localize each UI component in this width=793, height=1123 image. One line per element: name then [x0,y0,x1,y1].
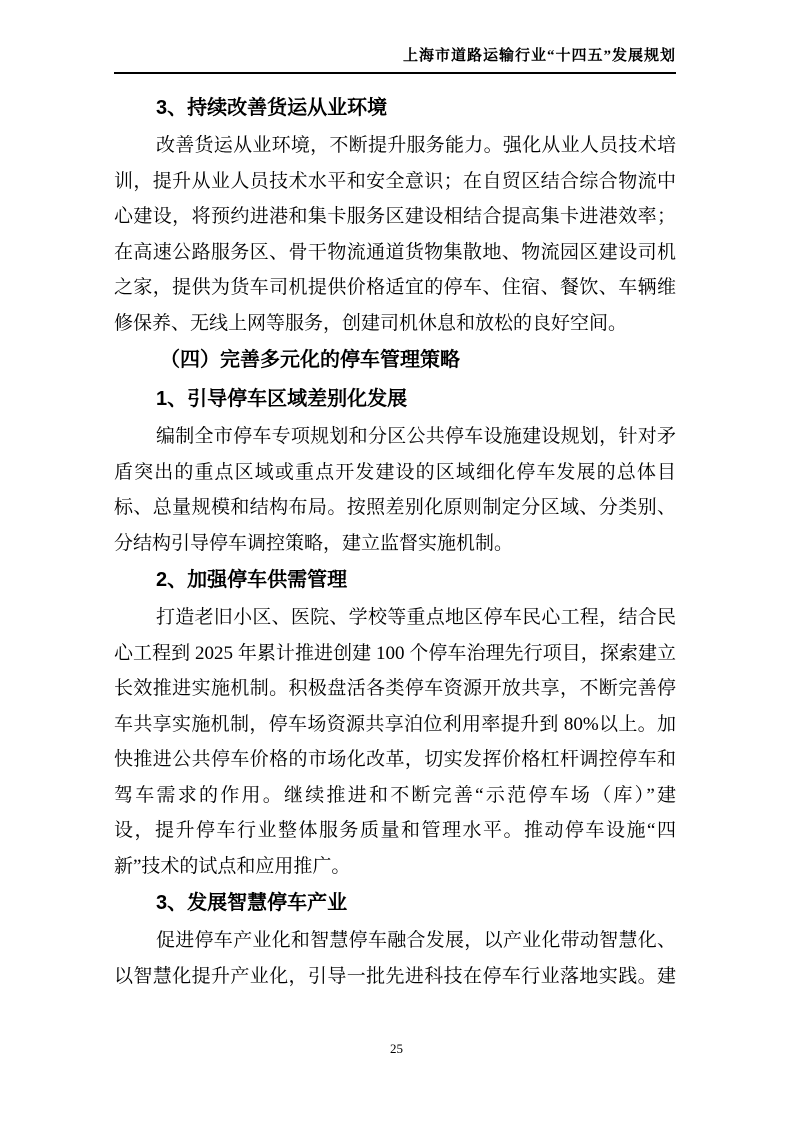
page-header: 上海市道路运输行业“十四五”发展规划 [0,0,793,74]
section-heading-level3: 1、引导停车区域差别化发展 [114,380,676,419]
text-line: 盾突出的重点区域或重点开发建设的区域细化停车发展的总体目 [114,455,676,491]
text-line: 心工程到 2025 年累计推进创建 100 个停车治理先行项目，探索建立 [114,636,676,672]
text-line: 快推进公共停车价格的市场化改革，切实发挥价格杠杆调控停车和 [114,742,676,778]
paragraph: 打造老旧小区、医院、学校等重点地区停车民心工程，结合民心工程到 2025 年累计… [114,600,676,884]
section-heading-level3: 2、加强停车供需管理 [114,561,676,600]
text-line: 设，提升停车行业整体服务质量和管理水平。推动停车设施“四 [114,813,676,849]
text-line: 心建设，将预约进港和集卡服务区建设相结合提高集卡进港效率； [114,199,676,235]
text-line: 以智慧化提升产业化，引导一批先进科技在停车行业落地实践。建 [114,959,676,995]
paragraph: 编制全市停车专项规划和分区公共停车设施建设规划，针对矛盾突出的重点区域或重点开发… [114,419,676,561]
text-line: 改善货运从业环境，不断提升服务能力。强化从业人员技术培 [114,128,676,164]
paragraph: 促进停车产业化和智慧停车融合发展，以产业化带动智慧化、以智慧化提升产业化，引导一… [114,923,676,994]
text-line: 之家，提供为货车司机提供价格适宜的停车、住宿、餐饮、车辆维 [114,270,676,306]
text-line: 驾车需求的作用。继续推进和不断完善“示范停车场（库）”建 [114,778,676,814]
text-line: 训，提升从业人员技术水平和安全意识；在自贸区结合综合物流中 [114,164,676,200]
text-line: 长效推进实施机制。积极盘活各类停车资源开放共享，不断完善停 [114,671,676,707]
text-line: 分结构引导停车调控策略，建立监督实施机制。 [114,526,676,562]
document-body: 3、持续改善货运从业环境改善货运从业环境，不断提升服务能力。强化从业人员技术培训… [0,74,793,994]
page-footer: 25 [0,1040,793,1057]
text-line: 编制全市停车专项规划和分区公共停车设施建设规划，针对矛 [114,419,676,455]
text-line: 新”技术的试点和应用推广。 [114,849,676,885]
paragraph: 改善货运从业环境，不断提升服务能力。强化从业人员技术培训，提升从业人员技术水平和… [114,128,676,341]
section-heading-level2: （四）完善多元化的停车管理策略 [114,341,676,380]
document-page: 上海市道路运输行业“十四五”发展规划 3、持续改善货运从业环境改善货运从业环境，… [0,0,793,1123]
section-heading-level3: 3、持续改善货运从业环境 [114,89,676,128]
text-line: 修保养、无线上网等服务，创建司机休息和放松的良好空间。 [114,306,676,342]
text-line: 打造老旧小区、医院、学校等重点地区停车民心工程，结合民 [114,600,676,636]
text-line: 标、总量规模和结构布局。按照差别化原则制定分区域、分类别、 [114,490,676,526]
running-header-title: 上海市道路运输行业“十四五”发展规划 [114,46,676,66]
page-number: 25 [390,1041,403,1056]
text-line: 促进停车产业化和智慧停车融合发展，以产业化带动智慧化、 [114,923,676,959]
text-line: 车共享实施机制，停车场资源共享泊位利用率提升到 80%以上。加 [114,707,676,743]
text-line: 在高速公路服务区、骨干物流通道货物集散地、物流园区建设司机 [114,235,676,271]
section-heading-level3: 3、发展智慧停车产业 [114,884,676,923]
